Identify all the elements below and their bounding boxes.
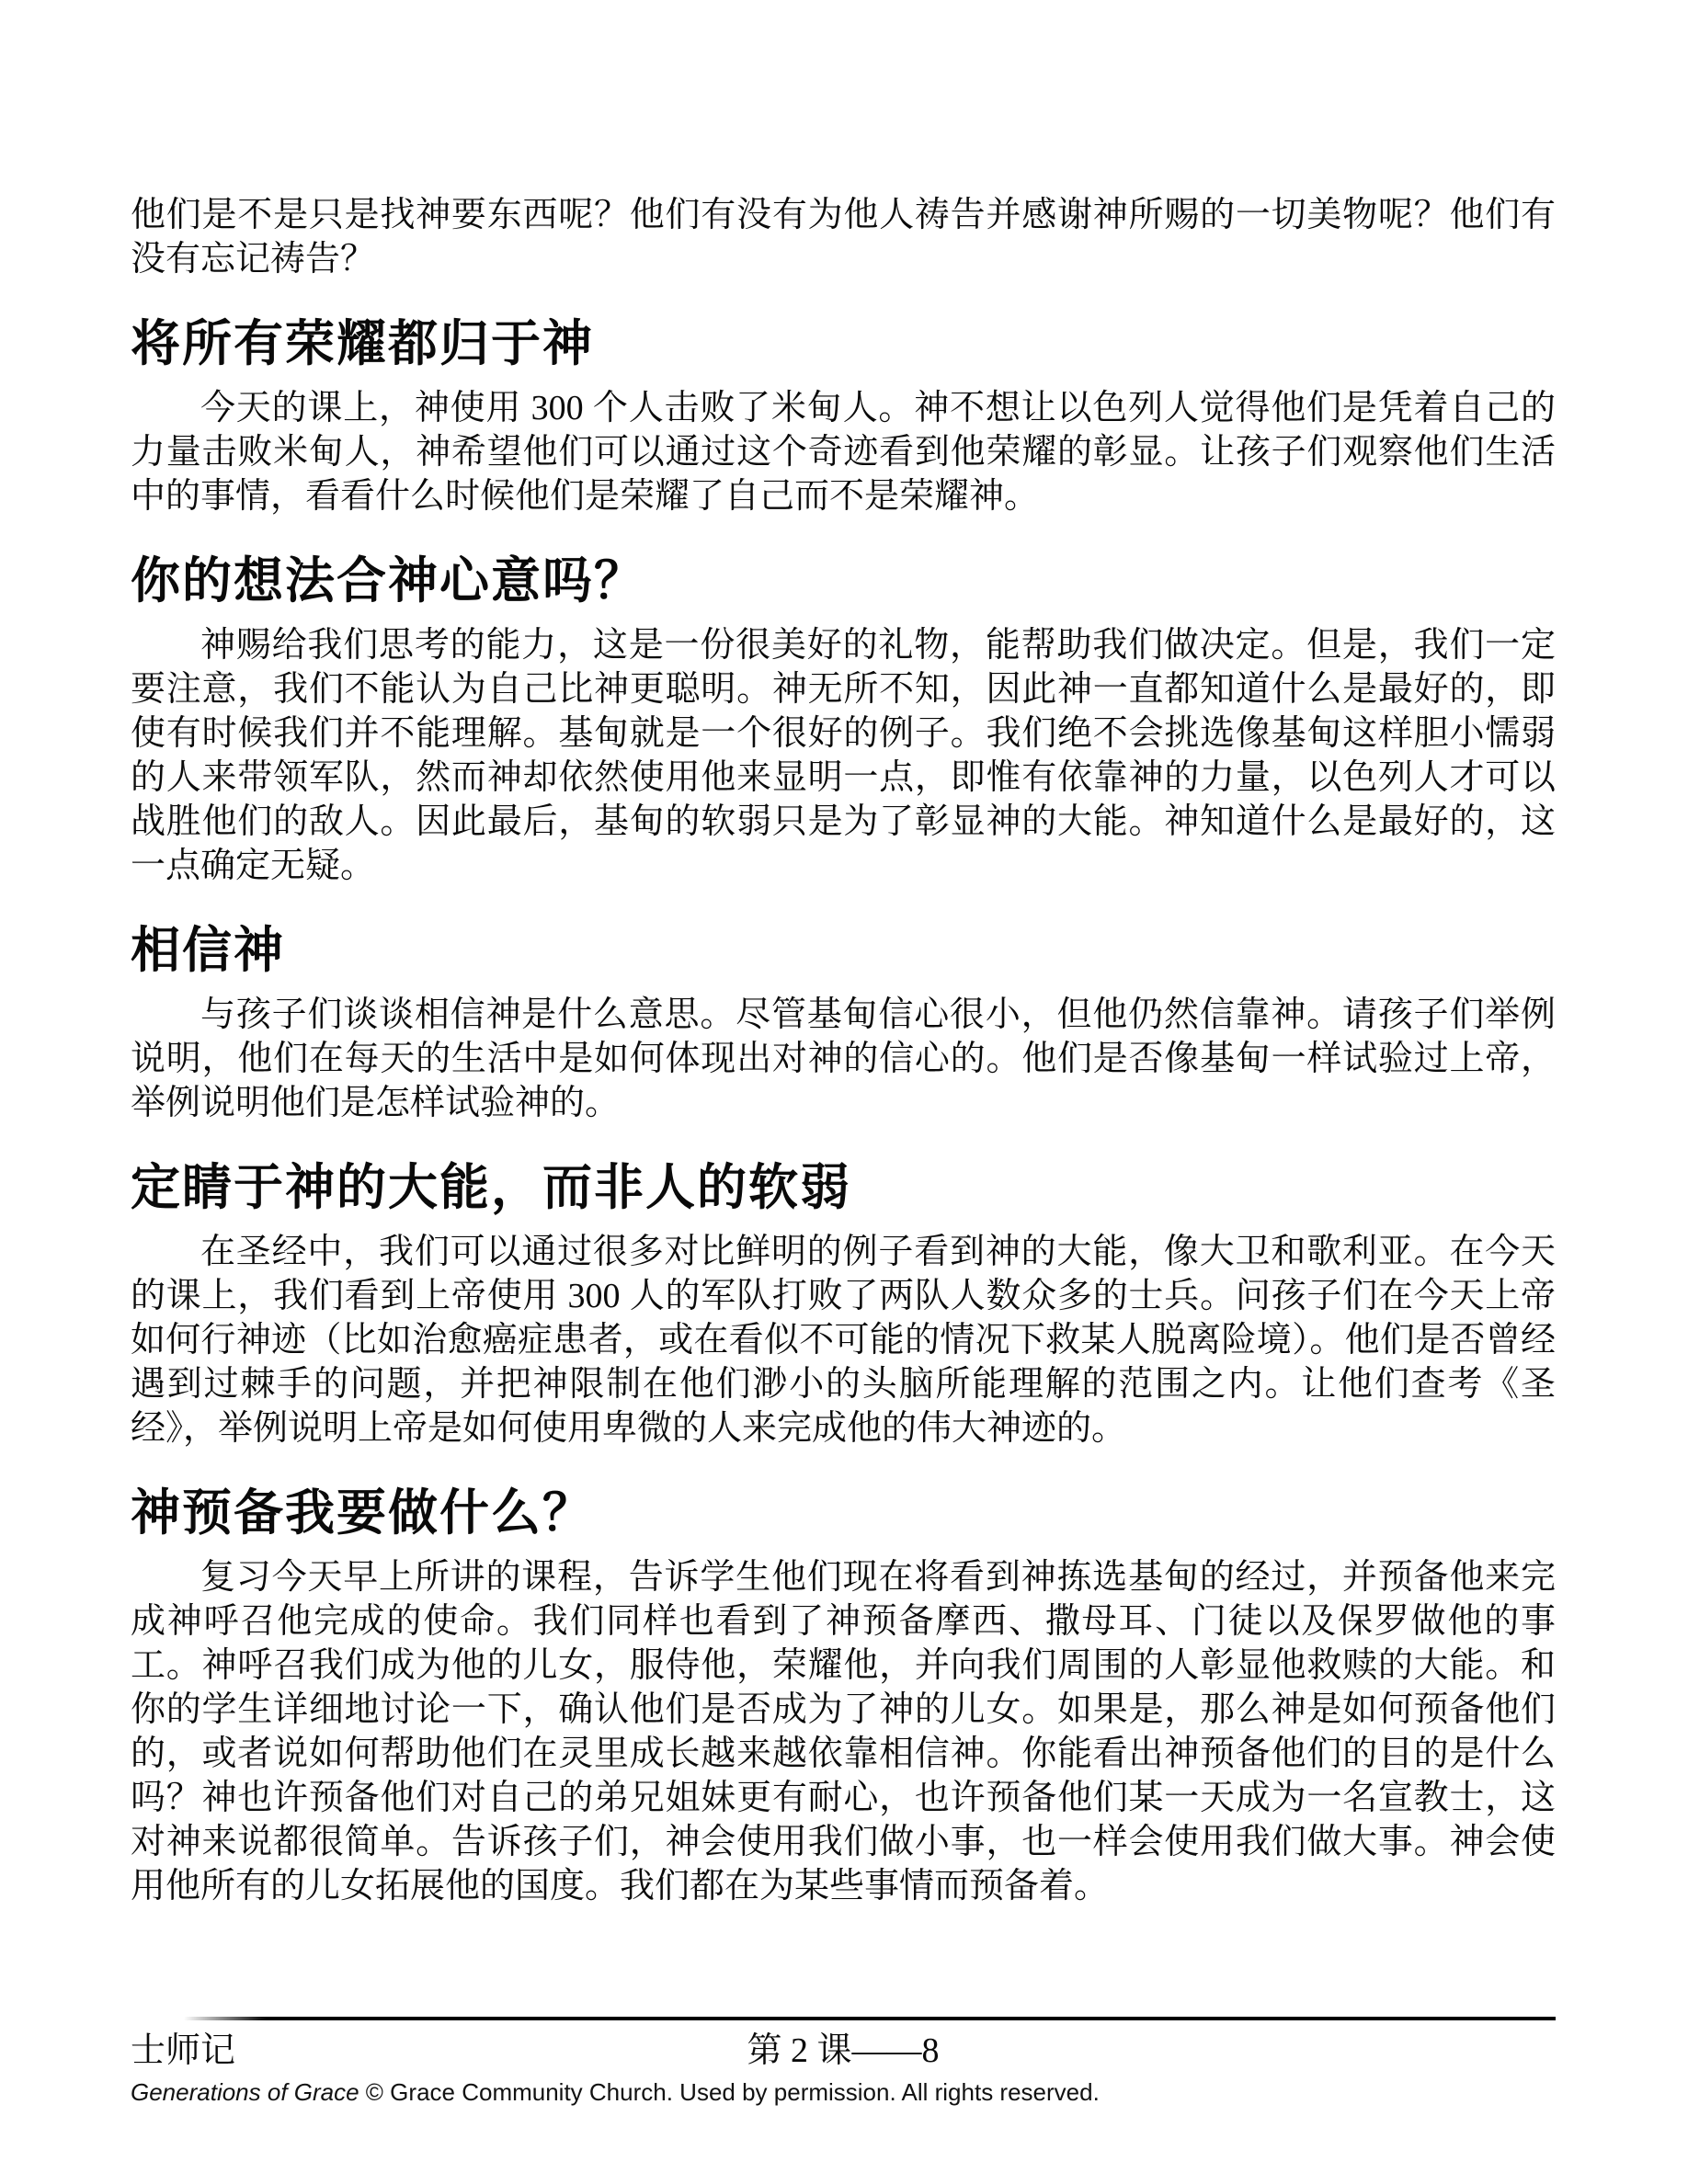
section-paragraph: 在圣经中，我们可以通过很多对比鲜明的例子看到神的大能，像大卫和歌利亚。在今天的课… (131, 1230, 1556, 1450)
footer-row: 士师记 第 2 课——8 (131, 2030, 1556, 2076)
copyright-text: © Grace Community Church. Used by permis… (359, 2078, 1100, 2106)
section-paragraph: 与孩子们谈谈相信神是什么意思。尽管基甸信心很小，但他仍然信靠神。请孩子们举例说明… (131, 993, 1556, 1125)
section-heading: 神预备我要做什么？ (131, 1485, 1556, 1541)
section-thoughts-align-with-god: 你的想法合神心意吗？ 神赐给我们思考的能力，这是一份很美好的礼物，能帮助我们做决… (131, 553, 1556, 888)
document-page: 他们是不是只是找神要东西呢？他们有没有为他人祷告并感谢神所赐的一切美物呢？他们有… (0, 0, 1688, 2184)
section-paragraph: 复习今天早上所讲的课程，告诉学生他们现在将看到神拣选基甸的经过，并预备他来完成神… (131, 1555, 1556, 1908)
section-paragraph: 今天的课上，神使用 300 个人击败了米甸人。神不想让以色列人觉得他们是凭着自己… (131, 386, 1556, 518)
section-heading: 将所有荣耀都归于神 (131, 316, 1556, 371)
section-focus-on-gods-power: 定睛于神的大能，而非人的软弱 在圣经中，我们可以通过很多对比鲜明的例子看到神的大… (131, 1160, 1556, 1450)
intro-paragraph: 他们是不是只是找神要东西呢？他们有没有为他人祷告并感谢神所赐的一切美物呢？他们有… (131, 193, 1556, 281)
footer-copyright: Generations of Grace © Grace Community C… (131, 2077, 1100, 2107)
section-trust-god: 相信神 与孩子们谈谈相信神是什么意思。尽管基甸信心很小，但他仍然信靠神。请孩子们… (131, 923, 1556, 1125)
section-heading: 定睛于神的大能，而非人的软弱 (131, 1160, 1556, 1215)
page-content: 他们是不是只是找神要东西呢？他们有没有为他人祷告并感谢神所赐的一切美物呢？他们有… (131, 193, 1556, 1908)
section-heading: 相信神 (131, 923, 1556, 978)
section-what-is-god-preparing-me-for: 神预备我要做什么？ 复习今天早上所讲的课程，告诉学生他们现在将看到神拣选基甸的经… (131, 1485, 1556, 1908)
copyright-series-name: Generations of Grace (131, 2078, 359, 2106)
footer-divider (184, 2017, 1556, 2020)
section-glory-to-god: 将所有荣耀都归于神 今天的课上，神使用 300 个人击败了米甸人。神不想让以色列… (131, 316, 1556, 518)
footer-lesson-page-number: 第 2 课——8 (131, 2030, 1556, 2072)
section-paragraph: 神赐给我们思考的能力，这是一份很美好的礼物，能帮助我们做决定。但是，我们一定要注… (131, 623, 1556, 888)
section-heading: 你的想法合神心意吗？ (131, 553, 1556, 609)
